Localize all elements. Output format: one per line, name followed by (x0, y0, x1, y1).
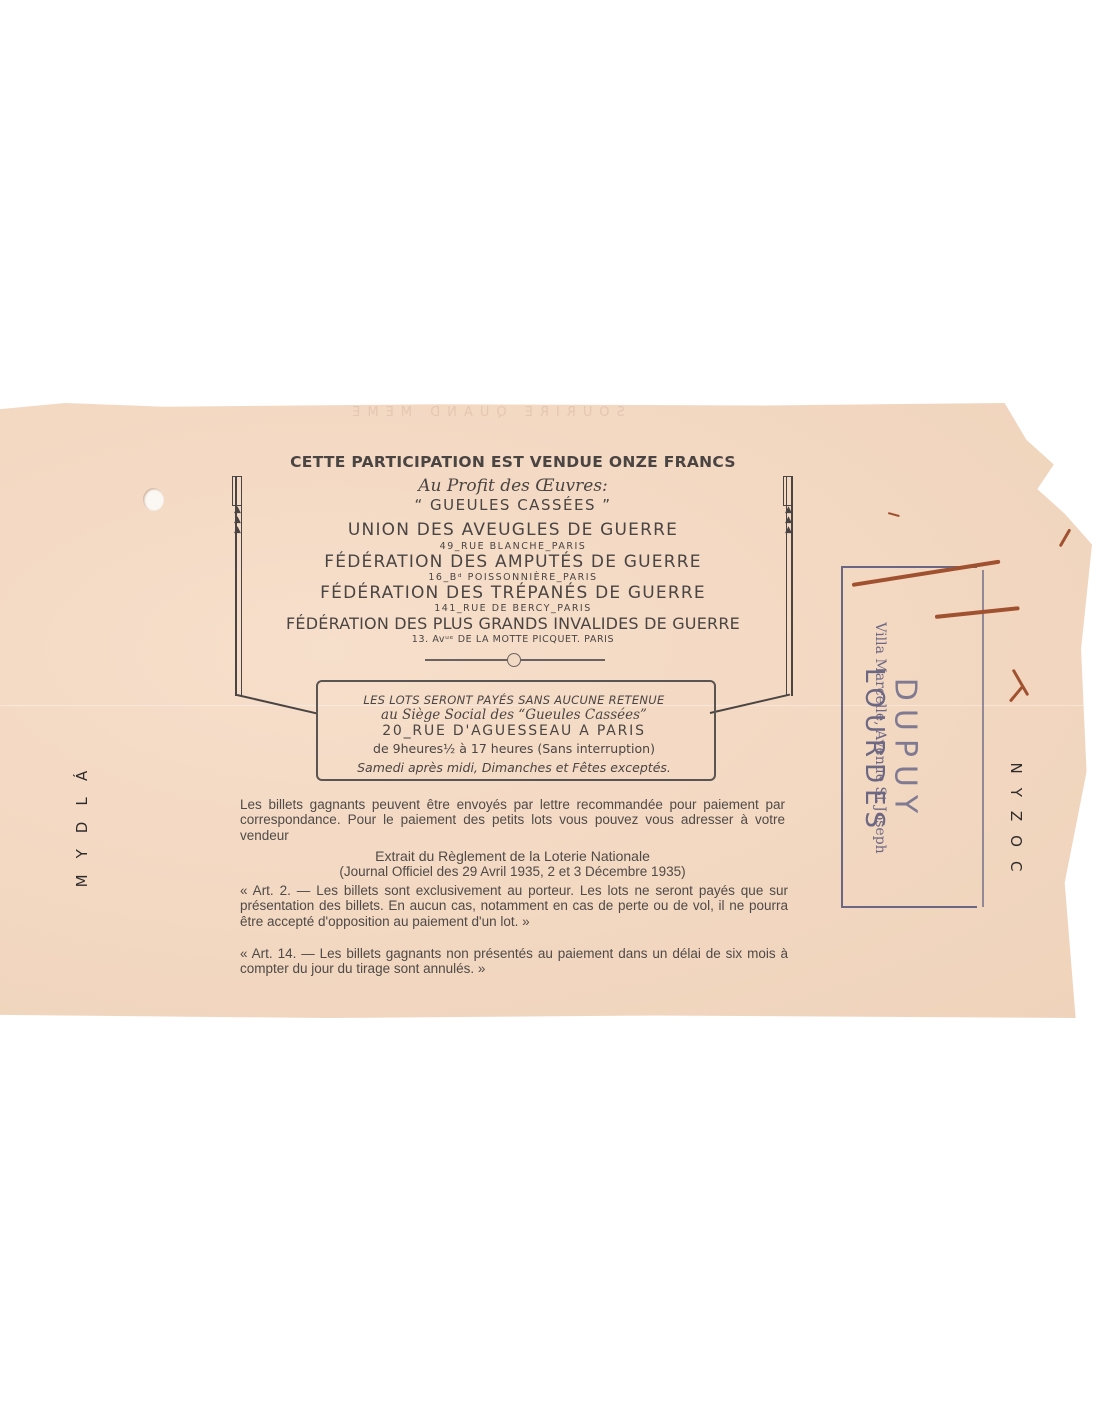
org-address: 13. Avᵘᵉ DE LA MOTTE PICQUET. PARIS (228, 634, 798, 645)
vendor-name: DUPUY (888, 640, 923, 860)
frame-cap-right (783, 476, 793, 506)
extract-source: (Journal Officiel des 29 Avril 1935, 2 e… (240, 864, 785, 879)
medallion-icon (507, 653, 521, 667)
payout-exceptions: Samedi après midi, Dimanches et Fêtes ex… (318, 760, 710, 775)
frame-cap-left (232, 476, 242, 506)
article-2: « Art. 2. — Les billets sont exclusiveme… (240, 883, 788, 929)
ghost-header: SOURIRE QUAND MEME (340, 405, 630, 420)
payout-address: 20_RUE D'AGUESSEAU A PARIS (318, 723, 710, 739)
org-name: FÉDÉRATION DES AMPUTÉS DE GUERRE (228, 552, 798, 572)
org-address: 141_RUE DE BERCY_PARIS (228, 603, 798, 614)
ticket-title: CETTE PARTICIPATION EST VENDUE ONZE FRAN… (228, 453, 798, 471)
payout-line: LES LOTS SERONT PAYÉS SANS AUCUNE RETENU… (318, 693, 710, 707)
stamp-rule (982, 570, 984, 907)
mail-notice: Les billets gagnants peuvent être envoyé… (240, 797, 785, 843)
payout-line: au Siège Social des “Gueules Cassées” (318, 707, 710, 723)
org-name: FÉDÉRATION DES TRÉPANÉS DE GUERRE (228, 583, 798, 603)
extract-title: Extrait du Règlement de la Loterie Natio… (240, 849, 785, 864)
article-14: « Art. 14. — Les billets gagnants non pr… (240, 946, 788, 977)
serial-left: MYDLÁ (73, 741, 91, 901)
vendor-city: LOURDES (859, 641, 889, 861)
beneficiary-main: “ GUEULES CASSÉES ” (228, 496, 798, 514)
payout-hours: de 9heures½ à 17 heures (Sans interrupti… (318, 741, 710, 756)
beneficiary-intro: Au Profit des Œuvres: (228, 476, 798, 496)
punch-hole (143, 488, 164, 511)
org-address: 16_Bᵈ POISSONNIÈRE_PARIS (228, 572, 798, 583)
org-name: FÉDÉRATION DES PLUS GRANDS INVALIDES DE … (228, 614, 798, 633)
org-address: 49_RUE BLANCHE_PARIS (228, 541, 798, 552)
org-name: UNION DES AVEUGLES DE GUERRE (228, 520, 798, 540)
serial-right: NYZOC (1007, 744, 1025, 904)
